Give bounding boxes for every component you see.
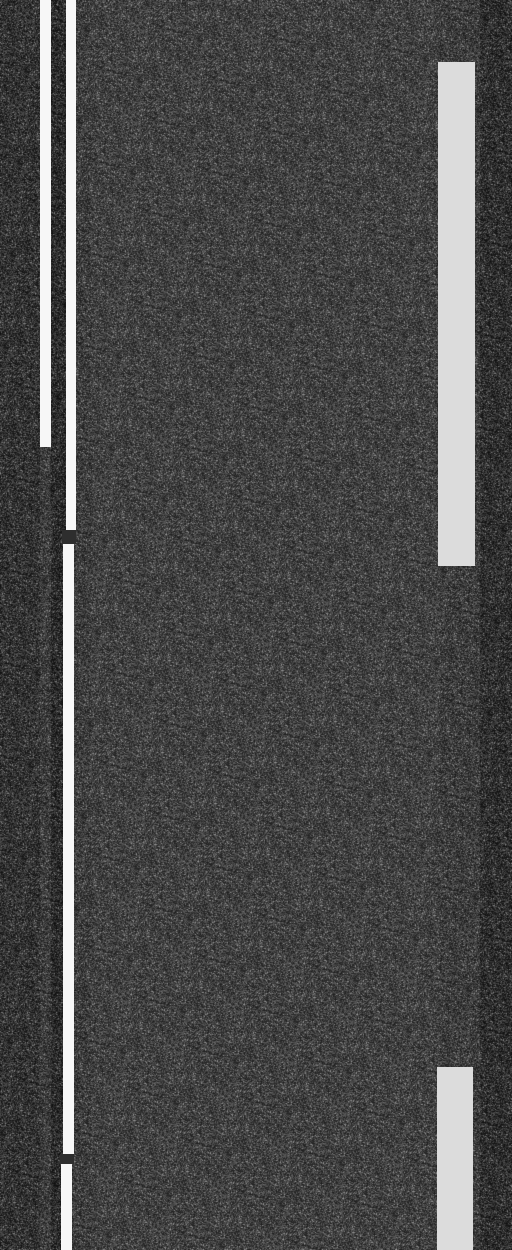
left-inner-edge-line-upper bbox=[66, 0, 76, 530]
edge-line-gap bbox=[60, 1154, 74, 1164]
road-surface bbox=[0, 0, 512, 1250]
left-inner-edge-line-lower bbox=[61, 1164, 72, 1250]
left-inner-edge-line-middle bbox=[63, 544, 74, 1154]
left-outer-edge-line bbox=[40, 0, 51, 447]
edge-line-gap bbox=[62, 530, 76, 544]
right-dashed-lane-marking bbox=[438, 62, 475, 566]
right-dashed-lane-marking bbox=[437, 1067, 473, 1250]
asphalt-texture bbox=[0, 0, 512, 1250]
